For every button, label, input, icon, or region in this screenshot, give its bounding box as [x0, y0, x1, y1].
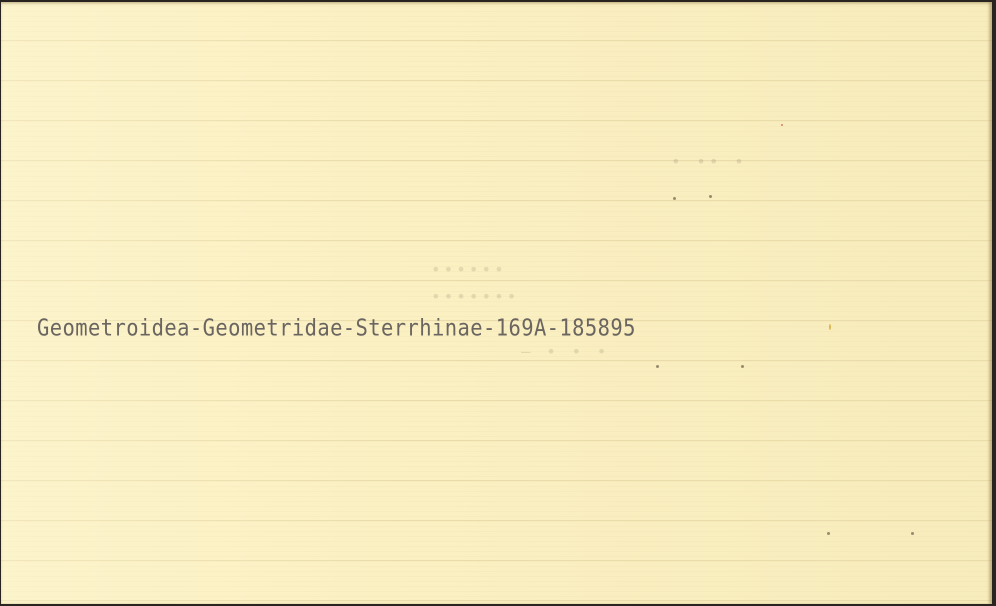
ink-speck — [673, 197, 676, 200]
taxonomy-label: Geometroidea-Geometridae-Sterrhinae-169A… — [37, 314, 636, 341]
ink-speck — [781, 124, 783, 126]
scanned-index-card: • •• • •••••• ••••••• — • • • Geometroid… — [0, 0, 996, 606]
bleed-through-mark: ••••••• — [431, 287, 519, 306]
ink-speck — [827, 532, 830, 535]
ink-speck — [829, 324, 831, 330]
bleed-through-mark: •••••• — [431, 260, 507, 279]
ink-speck — [709, 195, 712, 198]
ink-speck — [911, 532, 914, 535]
ink-speck — [656, 365, 659, 368]
card-surface: • •• • •••••• ••••••• — • • • Geometroid… — [1, 2, 992, 604]
ink-speck — [741, 365, 744, 368]
bleed-through-mark: — • • • — [521, 342, 609, 361]
bleed-through-mark: • •• • — [671, 152, 747, 171]
